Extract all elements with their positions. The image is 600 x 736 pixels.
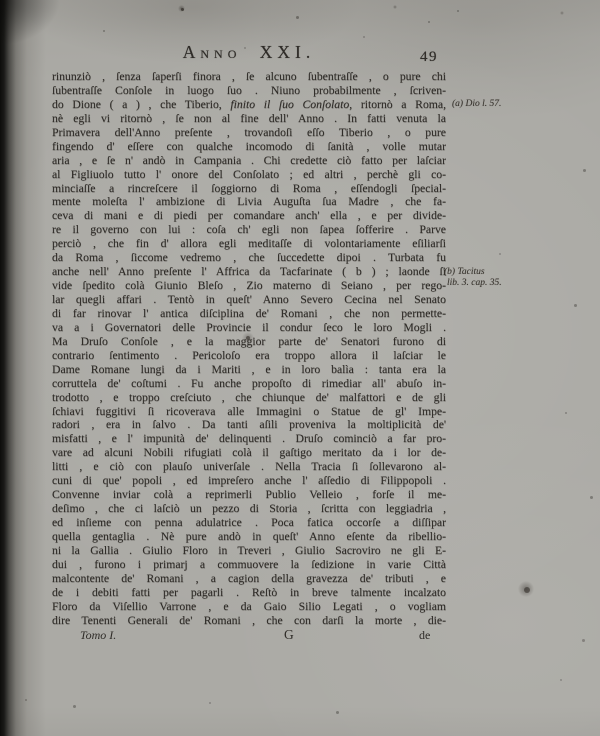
body-line: re il governo con lui : coſa ch' egli no… [52, 223, 446, 237]
text-segment: do Dione ( a ) , che Tiberio, [52, 98, 230, 111]
paper-speckle [590, 496, 593, 499]
body-line: al Figliuolo tutto l' onore del Conſolat… [52, 168, 446, 182]
body-line: quella gentaglia . Nè pure andò in queſt… [52, 530, 446, 544]
text-segment: , ritornò a Roma, [349, 98, 446, 111]
body-line: trodotto , e troppo creſciuto , che chiu… [52, 391, 446, 405]
body-line: di far rinovar l' antica diſciplina de' … [52, 307, 446, 321]
body-line: ni la Gallia . Giulio Floro in Treveri ,… [52, 544, 446, 558]
body-line: deſimo , che ci laſciò un pezzo di Stori… [52, 502, 446, 516]
body-line: dui , furono i primarj a commuovere la ſ… [52, 558, 446, 572]
body-line: dire Tenenti Generali de' Romani , che c… [52, 614, 446, 628]
body-line: rinunziò , ſenza ſaperſi finora , ſe alc… [52, 70, 446, 84]
paper-speckle [25, 699, 27, 701]
body-line: va a i Governatori delle Provincie il co… [52, 321, 446, 335]
paper-speckle [393, 5, 397, 9]
body-line: Primavera dell'Anno preſente , trovandoſ… [52, 126, 446, 140]
body-line: mente moleſta l' ambizione di Livia Augu… [52, 195, 446, 209]
body-line: Dame Romane lungi da i Mariti , e in lor… [52, 363, 446, 377]
paper-speckle [428, 21, 430, 23]
paper-speckle [582, 639, 585, 642]
footer-catchword: de [419, 628, 430, 643]
paper-speckle [518, 581, 534, 597]
page-number: 49 [420, 49, 438, 66]
paper-speckle [296, 16, 299, 19]
body-line: ſubentraſſe Conſole in luogo ſuo . Niuno… [52, 84, 446, 98]
paper-speckle [181, 8, 184, 11]
paper-speckle [103, 30, 105, 32]
body-line: ceva di mani e di piedi per comandare an… [52, 209, 446, 223]
body-line: radori , era in ſalvo . Da tanti aſili p… [52, 418, 446, 432]
body-line: contrario ſentimento . Pericoloſo era tr… [52, 349, 446, 363]
book-gutter-shadow [0, 0, 48, 736]
body-line: litti , e ciò con plauſo univerſale . Ne… [52, 460, 446, 474]
body-line: lar quegli affari . Tentò in queſt' Anno… [52, 293, 446, 307]
margin-note-b-line1: (b) Tacitus [444, 267, 485, 277]
paper-speckle [178, 5, 185, 12]
body-line: vide ſpedito colà Giunio Bleſo , Zio mat… [52, 279, 446, 293]
margin-note-a: (a) Dio l. 57. [452, 99, 600, 110]
paper-speckle [560, 11, 564, 15]
margin-note-b-line2: lib. 3. cap. 35. [444, 278, 594, 289]
paper-speckle [457, 10, 459, 12]
paper-speckle [524, 587, 530, 593]
margin-note-b: (b) Tacitus lib. 3. cap. 35. [444, 267, 594, 288]
body-line: Floro da Viſellio Varrone , e da Gaio Si… [52, 600, 446, 614]
paper-speckle [363, 36, 365, 38]
italic-phrase: finito il ſuo Conſolato [230, 98, 349, 111]
body-line: da Roma , ſiccome vedremo , che ſuccedet… [52, 251, 446, 265]
body-line: malcontente de' Romani , a cagion della … [52, 572, 446, 586]
body-line: Ma Druſo Conſole , e la maggior parte de… [52, 335, 446, 349]
body-line: vare ad alcuni Nobili rifugiati colà il … [52, 446, 446, 460]
body-line: ſchiavi fuggitivi ſi ricoverava alle Imm… [52, 405, 446, 419]
body-line: Convenne inviar colà a reprimerli Publio… [52, 488, 446, 502]
body-line: ed inſieme con penna adulatrice . Poca f… [52, 516, 446, 530]
paper-speckle [73, 705, 76, 708]
paper-speckle [574, 304, 577, 307]
footer-volume-label: Tomo I. [80, 628, 116, 643]
body-line: do Dione ( a ) , che Tiberio, finito il … [52, 98, 446, 112]
footer-signature-mark: G [284, 627, 294, 643]
body-text: rinunziò , ſenza ſaperſi finora , ſe alc… [52, 70, 446, 628]
paper-speckle [499, 253, 501, 255]
body-line: nè egli vi ritornò , ſe non al fine dell… [52, 112, 446, 126]
paper-speckle [209, 702, 211, 704]
paper-speckle [565, 412, 567, 414]
paper-speckle [336, 711, 339, 714]
paper-speckle [560, 679, 562, 681]
body-line: corruttela de' coſtumi . Fu anche propoſ… [52, 377, 446, 391]
body-line: aria , e ſe n' andò in Campania . Chi cr… [52, 154, 446, 168]
body-line: misfatti , e l' impunità de' delinquenti… [52, 432, 446, 446]
body-line: fingendo d' eſſere con qualche incomodo … [52, 140, 446, 154]
book-page-scan: Anno XXI. 49 rinunziò , ſenza ſaperſi fi… [0, 0, 600, 736]
body-line: anche nell' Anno preſente l' Affrica da … [52, 265, 446, 279]
paper-speckle [583, 169, 586, 172]
body-line: cuni di que' popoli , ed impreſero anche… [52, 474, 446, 488]
body-line: de i debiti fatti per pagarli . Reſtò in… [52, 586, 446, 600]
body-line: minciaſſe a rincreſcere il ſoggiorno di … [52, 182, 446, 196]
body-line: perciò , che fin d' allora egli meditaſſ… [52, 237, 446, 251]
